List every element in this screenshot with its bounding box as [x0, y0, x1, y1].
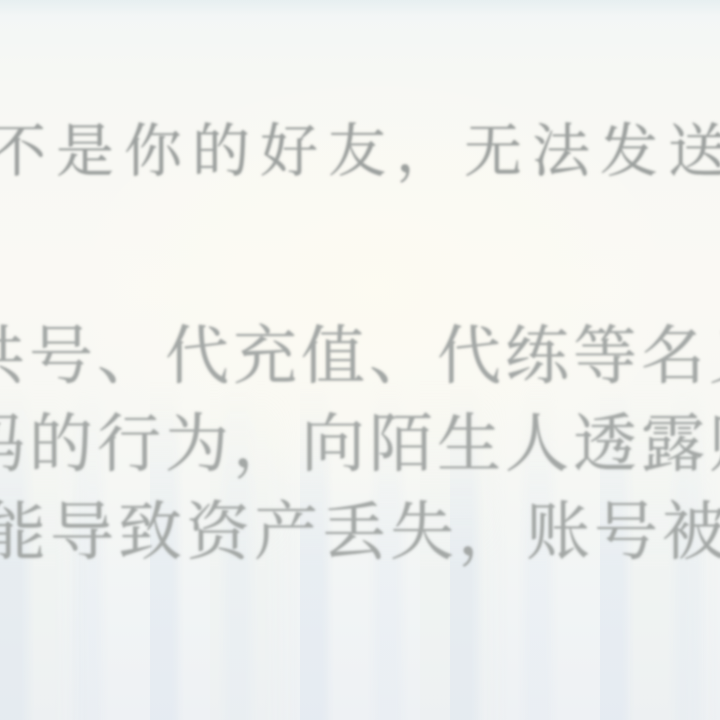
background-top-band	[0, 0, 720, 16]
warning-line-2: 码的行为，向陌生人透露账	[0, 400, 720, 488]
warning-line-1: 共号、代充值、代练等名义	[0, 312, 720, 400]
not-friend-notice: 不是你的好友，无法发送	[0, 104, 720, 188]
security-warning: 共号、代充值、代练等名义 码的行为，向陌生人透露账 能导致资产丢失，账号被	[0, 312, 720, 576]
warning-line-3: 能导致资产丢失，账号被	[0, 488, 720, 576]
chat-screenshot: 不是你的好友，无法发送 共号、代充值、代练等名义 码的行为，向陌生人透露账 能导…	[0, 0, 720, 720]
